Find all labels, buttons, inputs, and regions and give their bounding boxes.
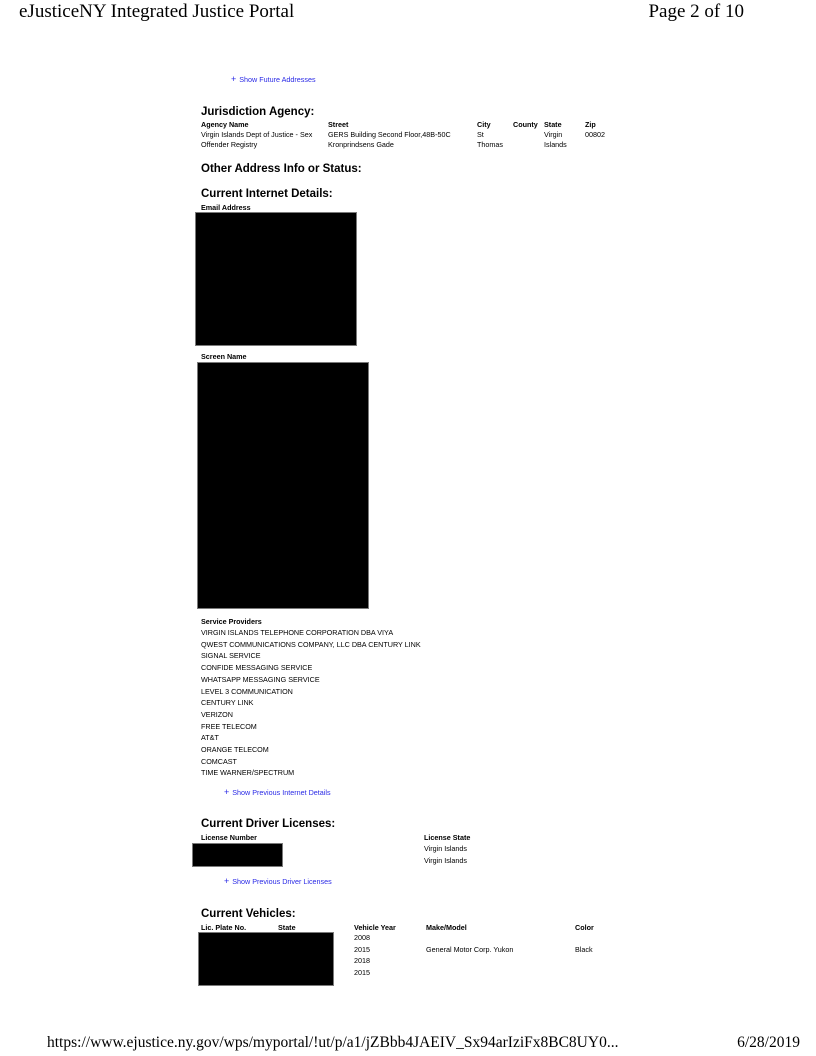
service-provider-item: AT&T — [201, 732, 421, 744]
col-county: County — [513, 120, 538, 129]
col-vehicle-year: Vehicle Year — [354, 923, 396, 932]
print-header-title: eJusticeNY Integrated Justice Portal — [19, 0, 294, 24]
show-future-addresses-link[interactable]: +Show Future Addresses — [231, 75, 316, 84]
show-previous-internet-link[interactable]: +Show Previous Internet Details — [224, 788, 331, 797]
service-providers-list: VIRGIN ISLANDS TELEPHONE CORPORATION DBA… — [201, 627, 421, 779]
col-city: City — [477, 120, 491, 129]
col-plate-state: State — [278, 923, 296, 932]
city-line1: St — [477, 130, 503, 140]
license-state-2: Virgin Islands — [424, 856, 467, 866]
plate-redaction — [198, 932, 334, 986]
state-line2: Islands — [544, 140, 567, 150]
print-footer-date: 6/28/2019 — [737, 1034, 800, 1052]
vehicle-year-cell: 2018 — [354, 956, 370, 966]
link-label: Show Previous Internet Details — [232, 788, 330, 797]
other-address-heading: Other Address Info or Status: — [201, 162, 362, 176]
service-provider-item: VIRGIN ISLANDS TELEPHONE CORPORATION DBA… — [201, 627, 421, 639]
service-provider-item: QWEST COMMUNICATIONS COMPANY, LLC DBA CE… — [201, 639, 421, 651]
link-label: Show Future Addresses — [239, 75, 315, 84]
license-state-1: Virgin Islands — [424, 844, 467, 854]
link-label: Show Previous Driver Licenses — [232, 877, 331, 886]
agency-name-cell: Virgin Islands Dept of Justice - Sex Off… — [201, 130, 312, 149]
col-license-number: License Number — [201, 833, 257, 842]
state-line1: Virgin — [544, 130, 567, 140]
service-provider-item: CENTURY LINK — [201, 697, 421, 709]
col-zip: Zip — [585, 120, 596, 129]
street-line2: Kronprindsens Gade — [328, 140, 451, 150]
service-provider-item: TIME WARNER/SPECTRUM — [201, 767, 421, 779]
email-address-label: Email Address — [201, 203, 251, 212]
license-number-redaction — [192, 843, 283, 867]
show-previous-licenses-link[interactable]: +Show Previous Driver Licenses — [224, 877, 332, 886]
service-provider-item: CONFIDE MESSAGING SERVICE — [201, 662, 421, 674]
agency-name-line2: Offender Registry — [201, 140, 312, 150]
vehicles-heading: Current Vehicles: — [201, 907, 296, 921]
vehicle-year-cell: 2015 — [354, 945, 370, 955]
zip-cell: 00802 — [585, 130, 605, 140]
col-state: State — [544, 120, 562, 129]
col-license-state: License State — [424, 833, 470, 842]
vehicle-make-model-cell: General Motor Corp. Yukon — [426, 945, 513, 955]
screen-name-redaction — [197, 362, 369, 609]
city-cell: St Thomas — [477, 130, 503, 149]
print-footer-url: https://www.ejustice.ny.gov/wps/myportal… — [47, 1034, 618, 1052]
screen-name-label: Screen Name — [201, 352, 247, 361]
internet-details-heading: Current Internet Details: — [201, 187, 333, 201]
driver-licenses-heading: Current Driver Licenses: — [201, 817, 335, 831]
col-agency-name: Agency Name — [201, 120, 249, 129]
email-redaction — [195, 212, 357, 346]
vehicle-year-cell: 2008 — [354, 933, 370, 943]
street-line1: GERS Building Second Floor,48B-50C — [328, 130, 451, 140]
state-cell: Virgin Islands — [544, 130, 567, 149]
col-color: Color — [575, 923, 594, 932]
service-provider-item: SIGNAL SERVICE — [201, 650, 421, 662]
vehicle-year-cell: 2015 — [354, 968, 370, 978]
vehicle-color-cell: Black — [575, 945, 593, 955]
print-header-page-number: Page 2 of 10 — [648, 0, 744, 24]
street-cell: GERS Building Second Floor,48B-50C Kronp… — [328, 130, 451, 149]
agency-name-line1: Virgin Islands Dept of Justice - Sex — [201, 130, 312, 140]
service-providers-label: Service Providers — [201, 617, 262, 626]
plus-icon: + — [224, 876, 229, 886]
service-provider-item: VERIZON — [201, 709, 421, 721]
plus-icon: + — [224, 787, 229, 797]
col-street: Street — [328, 120, 348, 129]
service-provider-item: ORANGE TELECOM — [201, 744, 421, 756]
service-provider-item: FREE TELECOM — [201, 721, 421, 733]
col-make-model: Make/Model — [426, 923, 467, 932]
jurisdiction-agency-heading: Jurisdiction Agency: — [201, 105, 314, 119]
plus-icon: + — [231, 74, 236, 84]
city-line2: Thomas — [477, 140, 503, 150]
col-plate-no: Lic. Plate No. — [201, 923, 246, 932]
service-provider-item: LEVEL 3 COMMUNICATION — [201, 686, 421, 698]
service-provider-item: COMCAST — [201, 756, 421, 768]
service-provider-item: WHATSAPP MESSAGING SERVICE — [201, 674, 421, 686]
